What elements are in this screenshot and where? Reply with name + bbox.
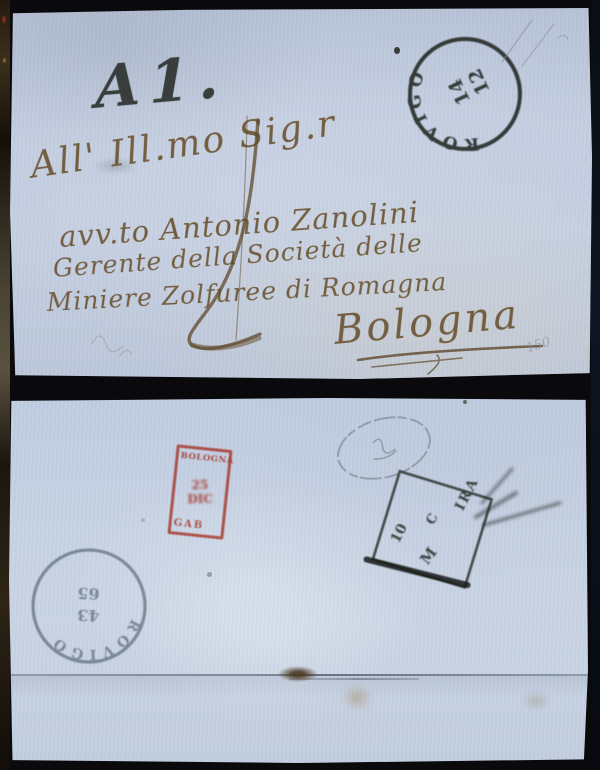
edge-speck [3,58,6,63]
edge-speck [2,16,6,23]
flap-shading [9,675,588,763]
fold-line-step [289,678,419,680]
paper-speck [207,572,212,577]
black-boxed-transit-mark: IRA C 10 M [364,473,514,623]
faint-cds-line1: 43 [77,605,100,625]
black-mark-fragment-2: C [424,511,442,527]
photo-background: A1. ROVIGO 14 12 All' Ill.mo Sig.r avv.t… [0,0,600,770]
red-boxed-arrival-mark: BOLOGNA 25 DIC GAB [167,444,232,539]
paper-speck [141,518,145,522]
scan-edge-right [591,0,600,770]
faint-circular-datestamp: ROVIGO 43 65 [24,542,154,672]
red-mark-date: 25 DIC [177,477,223,506]
faint-cds-line2: 65 [77,583,100,603]
letter-front: A1. ROVIGO 14 12 All' Ill.mo Sig.r avv.t… [10,8,592,379]
scan-edge-left [0,0,10,770]
letter-back: BOLOGNA 25 DIC GAB ROVIGO 43 65 [9,398,588,763]
tan-stain [341,684,373,711]
fold-line [9,674,588,676]
red-mark-town: BOLOGNA [180,451,227,466]
pen-strokes [10,8,592,379]
faint-stain [521,692,551,710]
red-mark-office: GAB [173,517,220,533]
black-mark-fragment-3: 10 [388,521,411,546]
black-mark-fragment-4: M [416,544,440,568]
ink-dot [463,400,467,404]
